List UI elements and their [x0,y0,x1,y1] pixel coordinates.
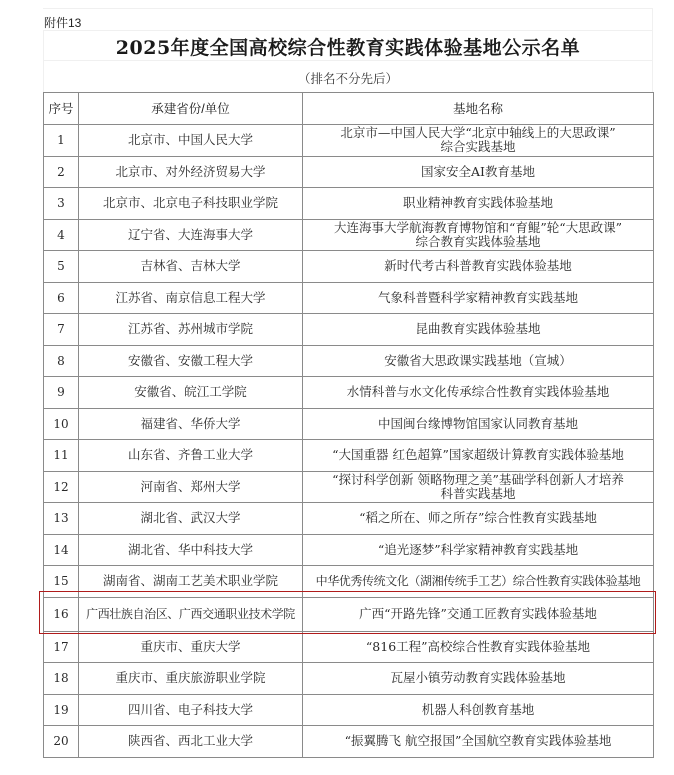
row-seq: 18 [44,663,79,695]
row-unit: 辽宁省、大连海事大学 [79,219,303,251]
row-unit: 河南省、郑州大学 [79,471,303,503]
page-subtitle: （排名不分先后） [43,69,653,87]
row-base: 中国闽台缘博物馆国家认同教育基地 [303,408,654,440]
row-unit: 福建省、华侨大学 [79,408,303,440]
table-row: 7 江苏省、苏州城市学院 昆曲教育实践体验基地 [44,314,654,346]
row-unit: 湖北省、华中科技大学 [79,534,303,566]
table-row: 3 北京市、北京电子科技职业学院 职业精神教育实践体验基地 [44,188,654,220]
row-seq: 16 [44,597,79,631]
table-row: 6 江苏省、南京信息工程大学 气象科普暨科学家精神教育实践基地 [44,282,654,314]
row-seq: 20 [44,726,79,758]
row-base-line1: 北京市—中国人民大学“北京中轴线上的大思政课” [305,126,651,140]
row-base: 昆曲教育实践体验基地 [303,314,654,346]
row-seq: 13 [44,503,79,535]
row-base-line1: 大连海事大学航海教育博物馆和“育鲲”轮“大思政课” [305,221,651,235]
table-header-row: 序号 承建省份/单位 基地名称 [44,93,654,125]
row-seq: 9 [44,377,79,409]
table-row: 18 重庆市、重庆旅游职业学院 瓦屋小镇劳动教育实践体验基地 [44,663,654,695]
row-unit: 重庆市、重庆大学 [79,631,303,663]
row-base: “稻之所在、师之所存”综合性教育实践基地 [303,503,654,535]
row-seq: 3 [44,188,79,220]
row-base: “大国重器 红色超算”国家超级计算教育实践体验基地 [303,440,654,472]
row-seq: 11 [44,440,79,472]
row-unit: 广西壮族自治区、广西交通职业技术学院 [79,597,303,631]
table-row: 4 辽宁省、大连海事大学 大连海事大学航海教育博物馆和“育鲲”轮“大思政课”综合… [44,219,654,251]
table-row: 17 重庆市、重庆大学 “816工程”高校综合性教育实践体验基地 [44,631,654,663]
row-base: 瓦屋小镇劳动教育实践体验基地 [303,663,654,695]
row-base-line2: 综合实践基地 [305,140,651,154]
row-seq: 1 [44,125,79,157]
sheet-gridline [43,30,653,31]
row-unit: 山东省、齐鲁工业大学 [79,440,303,472]
row-unit: 吉林省、吉林大学 [79,251,303,283]
row-base-line2: 科普实践基地 [305,487,651,501]
row-base: 水情科普与水文化传承综合性教育实践体验基地 [303,377,654,409]
sheet-gridline [43,8,653,9]
row-seq: 15 [44,566,79,598]
row-seq: 4 [44,219,79,251]
row-base: 安徽省大思政课实践基地（宣城） [303,345,654,377]
table-row: 2 北京市、对外经济贸易大学 国家安全AI教育基地 [44,156,654,188]
row-unit: 重庆市、重庆旅游职业学院 [79,663,303,695]
header-seq: 序号 [44,93,79,125]
row-seq: 5 [44,251,79,283]
table-row: 1 北京市、中国人民大学 北京市—中国人民大学“北京中轴线上的大思政课”综合实践… [44,125,654,157]
row-unit: 北京市、中国人民大学 [79,125,303,157]
row-seq: 7 [44,314,79,346]
row-seq: 10 [44,408,79,440]
row-unit: 北京市、北京电子科技职业学院 [79,188,303,220]
row-base-line2: 综合教育实践体验基地 [305,235,651,249]
table-row: 12 河南省、郑州大学 “探讨科学创新 领略物理之美”基础学科创新人才培养科普实… [44,471,654,503]
table-row: 15 湖南省、湖南工艺美术职业学院 中华优秀传统文化（湖湘传统手工艺）综合性教育… [44,566,654,598]
row-base: 机器人科创教育基地 [303,694,654,726]
table-row: 11 山东省、齐鲁工业大学 “大国重器 红色超算”国家超级计算教育实践体验基地 [44,440,654,472]
table-row: 14 湖北省、华中科技大学 “追光逐梦”科学家精神教育实践基地 [44,534,654,566]
table-row: 20 陕西省、西北工业大学 “振翼腾飞 航空报国”全国航空教育实践体验基地 [44,726,654,758]
row-base: 新时代考古科普教育实践体验基地 [303,251,654,283]
row-base: “探讨科学创新 领略物理之美”基础学科创新人才培养科普实践基地 [303,471,654,503]
row-unit: 四川省、电子科技大学 [79,694,303,726]
row-base: 中华优秀传统文化（湖湘传统手工艺）综合性教育实践体验基地 [303,566,654,598]
row-seq: 8 [44,345,79,377]
table-row: 9 安徽省、皖江工学院 水情科普与水文化传承综合性教育实践体验基地 [44,377,654,409]
row-unit: 安徽省、安徽工程大学 [79,345,303,377]
header-unit: 承建省份/单位 [79,93,303,125]
sheet-gridline [43,60,653,61]
row-unit: 安徽省、皖江工学院 [79,377,303,409]
row-base: 国家安全AI教育基地 [303,156,654,188]
table-row: 5 吉林省、吉林大学 新时代考古科普教育实践体验基地 [44,251,654,283]
row-unit: 江苏省、苏州城市学院 [79,314,303,346]
table-row: 19 四川省、电子科技大学 机器人科创教育基地 [44,694,654,726]
table-row: 13 湖北省、武汉大学 “稻之所在、师之所存”综合性教育实践基地 [44,503,654,535]
header-base: 基地名称 [303,93,654,125]
table-row-highlighted: 16 广西壮族自治区、广西交通职业技术学院 广西“开路先锋”交通工匠教育实践体验… [44,597,654,631]
row-seq: 2 [44,156,79,188]
bases-table: 序号 承建省份/单位 基地名称 1 北京市、中国人民大学 北京市—中国人民大学“… [43,92,654,758]
row-seq: 6 [44,282,79,314]
row-base: 北京市—中国人民大学“北京中轴线上的大思政课”综合实践基地 [303,125,654,157]
row-base: “振翼腾飞 航空报国”全国航空教育实践体验基地 [303,726,654,758]
row-base: 大连海事大学航海教育博物馆和“育鲲”轮“大思政课”综合教育实践体验基地 [303,219,654,251]
attachment-label: 附件13 [44,14,81,31]
row-base: “追光逐梦”科学家精神教育实践基地 [303,534,654,566]
row-seq: 17 [44,631,79,663]
row-base: 职业精神教育实践体验基地 [303,188,654,220]
table-row: 8 安徽省、安徽工程大学 安徽省大思政课实践基地（宣城） [44,345,654,377]
row-seq: 12 [44,471,79,503]
row-unit: 北京市、对外经济贸易大学 [79,156,303,188]
table-row: 10 福建省、华侨大学 中国闽台缘博物馆国家认同教育基地 [44,408,654,440]
row-unit: 江苏省、南京信息工程大学 [79,282,303,314]
row-seq: 14 [44,534,79,566]
row-unit: 湖南省、湖南工艺美术职业学院 [79,566,303,598]
row-base: “816工程”高校综合性教育实践体验基地 [303,631,654,663]
row-seq: 19 [44,694,79,726]
row-base: 广西“开路先锋”交通工匠教育实践体验基地 [303,597,654,631]
row-unit: 湖北省、武汉大学 [79,503,303,535]
row-base-line1: “探讨科学创新 领略物理之美”基础学科创新人才培养 [305,473,651,487]
row-unit: 陕西省、西北工业大学 [79,726,303,758]
row-base: 气象科普暨科学家精神教育实践基地 [303,282,654,314]
page-title: 2025年度全国高校综合性教育实践体验基地公示名单 [43,33,653,60]
